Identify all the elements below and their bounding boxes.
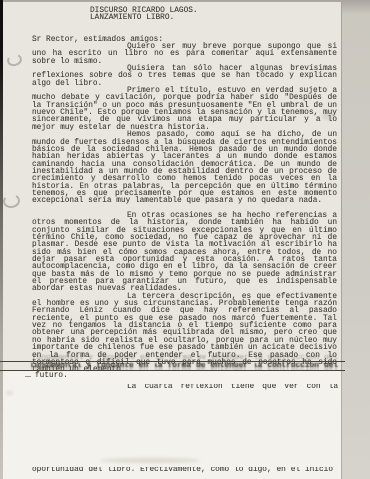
page-1: DISCURSO RICARDO LAGOS. LANZAMIENTO LIBR… (3, 2, 342, 371)
paragraph-7-first-line: La cuarta reflexión tiene que ver con la (32, 384, 338, 391)
paragraph-5: En otras ocasiones se ha hecho referenci… (32, 213, 337, 294)
paragraph-3: Primero el título, estuvo en verdad suje… (32, 88, 337, 132)
scanned-document: DISCURSO RICARDO LAGOS. LANZAMIENTO LIBR… (0, 0, 370, 479)
smudge-mark-1 (322, 112, 334, 120)
paragraph-2: Quisiera tan sólo hacer algunas brevísim… (32, 66, 337, 88)
paragraph-6-continuation: futuro. (35, 373, 68, 380)
title-line-2: LANZAMIENTO LIBRO. (90, 15, 337, 22)
smudge-mark-2 (100, 458, 200, 463)
fold-line-bottom (0, 370, 345, 371)
pencil-dash-mark (25, 376, 31, 377)
document-title: DISCURSO RICARDO LAGOS. LANZAMIENTO LIBR… (90, 8, 337, 23)
fold-crease: fundamental y fundante en la forma de en… (0, 354, 345, 374)
paragraph-4: Hemos pasado, como aquí se ha dicho, de … (32, 132, 337, 205)
paragraph-1: Quiero ser muy breve porque supongo que … (32, 44, 337, 66)
smudge-mark-3 (6, 391, 13, 395)
next-page-first-line: oportunidad del libro. Efectivamente, co… (32, 467, 333, 474)
